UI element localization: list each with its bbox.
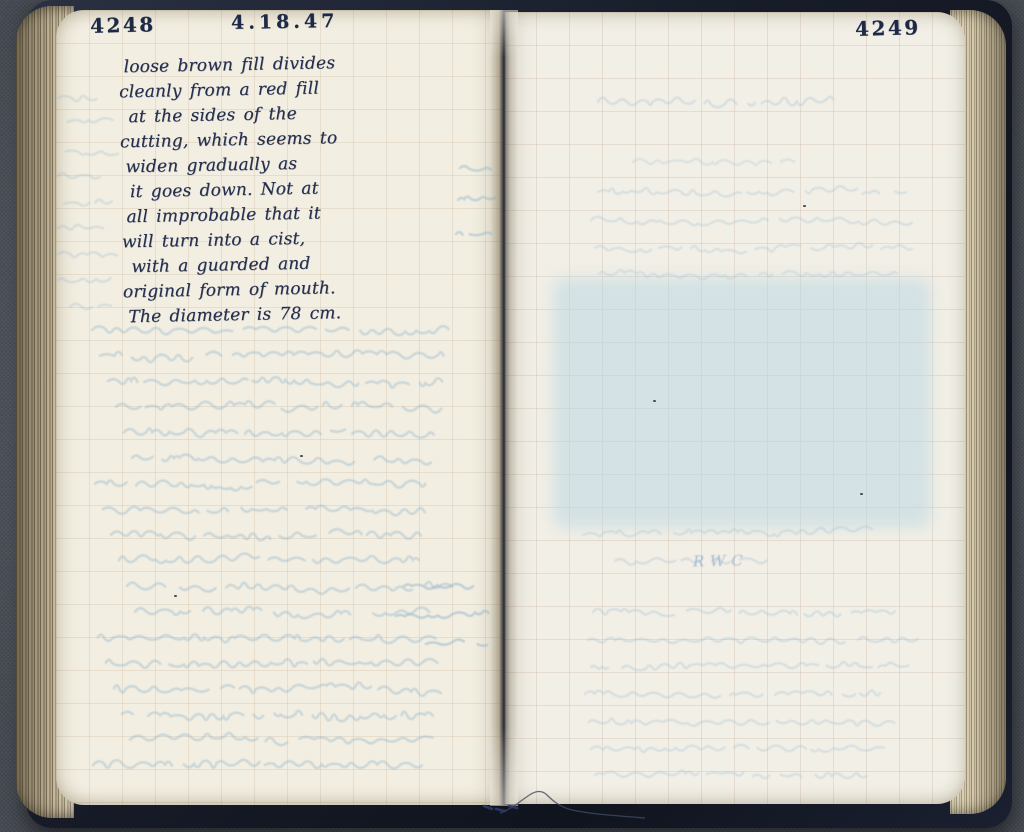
dust-speck (300, 455, 303, 457)
dust-speck (653, 400, 656, 402)
ghost-writing-right (503, 12, 965, 804)
ghost-initials: RWC (693, 552, 749, 571)
dust-speck (803, 205, 806, 207)
left-page: 4248 4.18.47 loose brown fill divides cl… (56, 10, 503, 805)
entry-date: 4.18.47 (231, 10, 339, 34)
dust-speck (860, 493, 863, 495)
notebook-photograph: 4248 4.18.47 loose brown fill divides cl… (0, 0, 1024, 832)
left-page-number: 4248 (90, 12, 156, 38)
right-page: RWC 4249 (503, 12, 965, 804)
right-page-number: 4249 (855, 15, 921, 41)
handwritten-entry: loose brown fill divides cleanly from a … (123, 49, 468, 330)
dust-speck (174, 595, 177, 597)
